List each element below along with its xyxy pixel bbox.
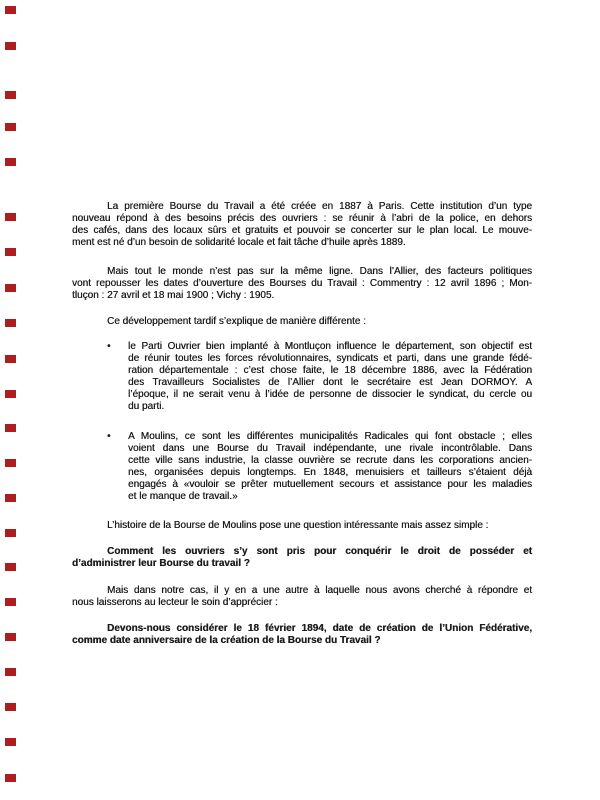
- red-edge-marker: [5, 529, 16, 537]
- red-edge-marker: [5, 319, 16, 327]
- paragraph: Ce développement tardif s’explique de ma…: [72, 316, 532, 328]
- red-edge-marker: [5, 390, 16, 398]
- red-edge-marker: [5, 668, 16, 676]
- red-edge-marker: [5, 738, 16, 746]
- text-line: Mais dans notre cas, il y en a une autre…: [72, 585, 532, 597]
- text-line: Devons-nous considérer le 18 février 189…: [72, 623, 532, 635]
- text-line: A Moulins, ce sont les différentes munic…: [128, 431, 532, 443]
- paragraph: Mais dans notre cas, il y en a une autre…: [72, 585, 532, 609]
- bullet-item: •le Parti Ouvrier bien implanté à Montlu…: [128, 341, 532, 413]
- text-line: et le manque de travail.»: [128, 491, 532, 503]
- text-line: vont repousser les dates d’ouverture des…: [72, 278, 532, 290]
- text-line: cette ville sans industrie, la classe ou…: [128, 455, 532, 467]
- red-edge-marker: [5, 703, 16, 711]
- red-edge-marker: [5, 774, 16, 782]
- bullet-dot-icon: •: [107, 341, 111, 353]
- paragraph: L’histoire de la Bourse de Moulins pose …: [72, 520, 532, 532]
- red-edge-marker: [5, 42, 16, 50]
- bullet-item: •A Moulins, ce sont les différentes muni…: [128, 431, 532, 503]
- red-edge-marker: [5, 248, 16, 256]
- paragraph: Comment les ouvriers s’y sont pris pour …: [72, 546, 532, 570]
- text-line: La première Bourse du Travail a été créé…: [72, 201, 532, 213]
- red-edge-marker: [5, 91, 16, 99]
- text-line: le Parti Ouvrier bien implanté à Montluç…: [128, 341, 532, 353]
- text-line: L’histoire de la Bourse de Moulins pose …: [72, 520, 532, 532]
- text-line: nous laisserons au lecteur le soin d’app…: [72, 597, 532, 609]
- scan-page: La première Bourse du Travail a été créé…: [0, 0, 600, 800]
- paragraph: La première Bourse du Travail a été créé…: [72, 201, 532, 249]
- text-line: d’administrer leur Bourse du travail ?: [72, 558, 532, 570]
- text-line: engagés à «vouloir se prêter mutuellemen…: [128, 479, 532, 491]
- paragraph: Devons-nous considérer le 18 février 189…: [72, 623, 532, 647]
- text-line: tluçon : 27 avril et 18 mai 1900 ; Vichy…: [72, 290, 532, 302]
- red-edge-marker: [5, 633, 16, 641]
- text-line: Ce développement tardif s’explique de ma…: [72, 316, 532, 328]
- text-line: nouveau répond à des besoins précis des …: [72, 213, 532, 225]
- text-line: l’époque, il ne serait venu à l’idée de …: [128, 389, 532, 401]
- red-edge-marker: [5, 424, 16, 432]
- red-edge-marker: [5, 494, 16, 502]
- text-line: de réunir toutes les forces révolutionna…: [128, 353, 532, 365]
- red-edge-marker: [5, 598, 16, 606]
- text-line: Mais tout le monde n’est pas sur la même…: [72, 266, 532, 278]
- text-line: du parti.: [128, 401, 532, 413]
- red-edge-marker: [5, 459, 16, 467]
- text-line: Comment les ouvriers s’y sont pris pour …: [72, 546, 532, 558]
- red-edge-marker: [5, 213, 16, 221]
- text-line: ration départementale : c’est chose fait…: [128, 365, 532, 377]
- text-line: voient dans une Bourse du Travail indépe…: [128, 443, 532, 455]
- red-edge-marker: [5, 563, 16, 571]
- text-line: des Travailleurs Socialistes de l’Allier…: [128, 377, 532, 389]
- bullet-dot-icon: •: [107, 431, 111, 443]
- red-edge-marker: [5, 355, 16, 363]
- text-line: comme date anniversaire de la création d…: [72, 635, 532, 647]
- red-edge-marker: [5, 6, 16, 14]
- paragraph: Mais tout le monde n’est pas sur la même…: [72, 266, 532, 302]
- red-edge-marker: [5, 158, 16, 166]
- text-line: des cafés, dans des locaux sûrs et gratu…: [72, 225, 532, 237]
- text-line: nes, organisées depuis longtemps. En 184…: [128, 467, 532, 479]
- text-line: ment est né d’un besoin de solidarité lo…: [72, 237, 532, 249]
- red-edge-marker: [5, 284, 16, 292]
- red-edge-marker: [5, 123, 16, 131]
